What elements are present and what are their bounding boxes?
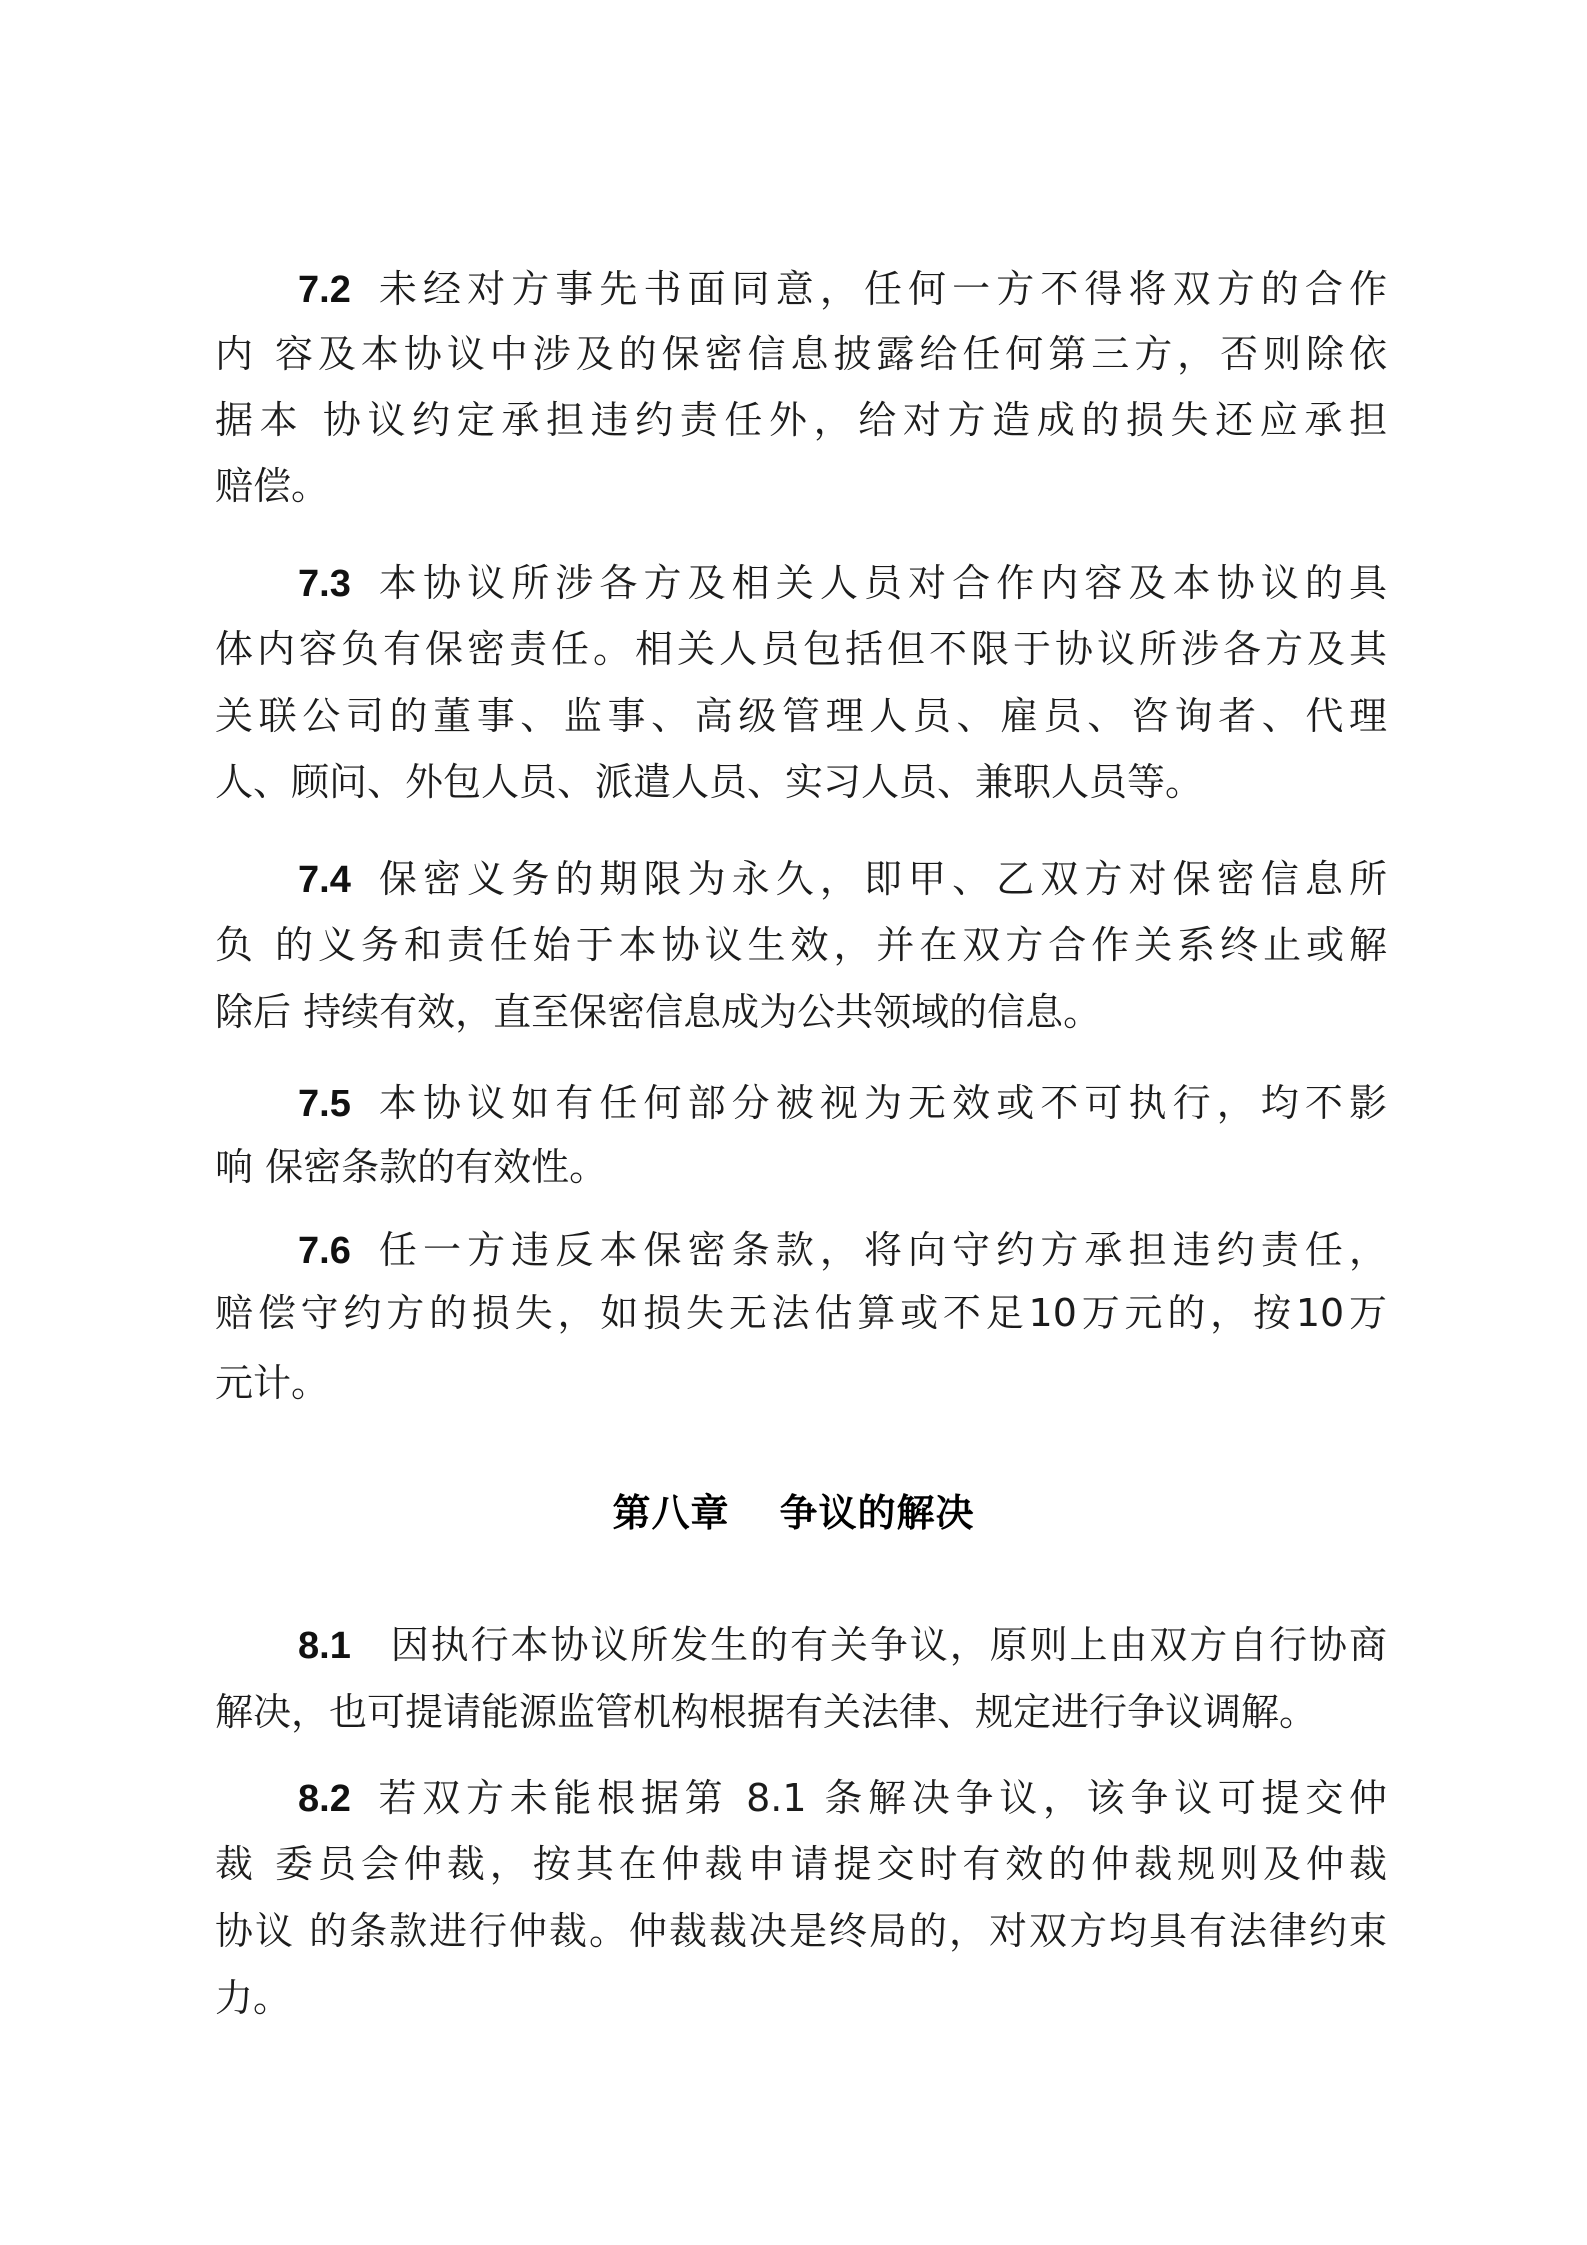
clause-number: 7.5 — [298, 1083, 351, 1125]
clause-number: 7.3 — [298, 563, 351, 605]
chapter-heading: 第八章争议的解决 — [0, 1490, 1587, 1536]
clause-line: 力。 — [215, 1975, 1387, 2021]
clause-text: 本协议所涉各方及相关人员对合作内容及本协议的具 — [373, 561, 1387, 605]
clause-number: 7.2 — [298, 269, 351, 311]
clause-line: 关联公司的董事、监事、高级管理人员、雇员、咨询者、代理 — [215, 693, 1387, 739]
clause-text: 任一方违反本保密条款，将向守约方承担违约责任， — [373, 1228, 1387, 1272]
clause-line: 7.4保密义务的期限为永久，即甲、乙双方对保密信息所 — [298, 856, 1387, 902]
clause-line: 7.2未经对方事先书面同意，任何一方不得将双方的合作 — [298, 266, 1387, 312]
clause-line: 内 容及本协议中涉及的保密信息披露给任何第三方，否则除依 — [215, 331, 1387, 377]
clause-line: 赔偿守约方的损失，如损失无法估算或不足10万元的，按10万 — [215, 1290, 1387, 1336]
clause-line: 8.1因执行本协议所发生的有关争议，原则上由双方自行协商 — [298, 1622, 1387, 1668]
chapter-title: 争议的解决 — [780, 1491, 975, 1535]
clause-line: 7.6任一方违反本保密条款，将向守约方承担违约责任， — [298, 1227, 1387, 1273]
clause-number: 8.2 — [298, 1778, 351, 1820]
clause-text: 因执行本协议所发生的有关争议，原则上由双方自行协商 — [389, 1623, 1387, 1667]
clause-number: 8.1 — [298, 1625, 351, 1667]
clause-number: 7.6 — [298, 1230, 351, 1272]
clause-line: 据本 协议约定承担违约责任外，给对方造成的损失还应承担 — [215, 397, 1387, 443]
clause-line: 裁 委员会仲裁，按其在仲裁申请提交时有效的仲裁规则及仲裁 — [215, 1841, 1387, 1887]
clause-number: 7.4 — [298, 859, 351, 901]
clause-line: 除后 持续有效，直至保密信息成为公共领域的信息。 — [215, 989, 1387, 1035]
clause-line: 8.2若双方未能根据第 8.1 条解决争议，该争议可提交仲 — [298, 1775, 1387, 1821]
clause-text: 若双方未能根据第 8.1 条解决争议，该争议可提交仲 — [373, 1776, 1387, 1820]
clause-line: 体内容负有保密责任。相关人员包括但不限于协议所涉各方及其 — [215, 626, 1387, 672]
document-page: 7.2未经对方事先书面同意，任何一方不得将双方的合作 内 容及本协议中涉及的保密… — [0, 0, 1587, 2245]
clause-line: 7.3本协议所涉各方及相关人员对合作内容及本协议的具 — [298, 560, 1387, 606]
clause-text: 保密义务的期限为永久，即甲、乙双方对保密信息所 — [373, 857, 1387, 901]
clause-text: 本协议如有任何部分被视为无效或不可执行，均不影 — [373, 1081, 1387, 1125]
clause-line: 响 保密条款的有效性。 — [215, 1144, 1387, 1190]
clause-line: 人、顾问、外包人员、派遣人员、实习人员、兼职人员等。 — [215, 759, 1387, 805]
clause-line: 元计。 — [215, 1360, 1387, 1406]
clause-line: 协议 的条款进行仲裁。仲裁裁决是终局的，对双方均具有法律约束 — [215, 1908, 1387, 1954]
clause-line: 7.5本协议如有任何部分被视为无效或不可执行，均不影 — [298, 1080, 1387, 1126]
clause-line: 解决，也可提请能源监管机构根据有关法律、规定进行争议调解。 — [215, 1689, 1387, 1735]
clause-line: 赔偿。 — [215, 463, 1387, 509]
clause-text: 未经对方事先书面同意，任何一方不得将双方的合作 — [373, 267, 1387, 311]
clause-line: 负 的义务和责任始于本协议生效，并在双方合作关系终止或解 — [215, 922, 1387, 968]
chapter-label: 第八章 — [612, 1491, 729, 1535]
